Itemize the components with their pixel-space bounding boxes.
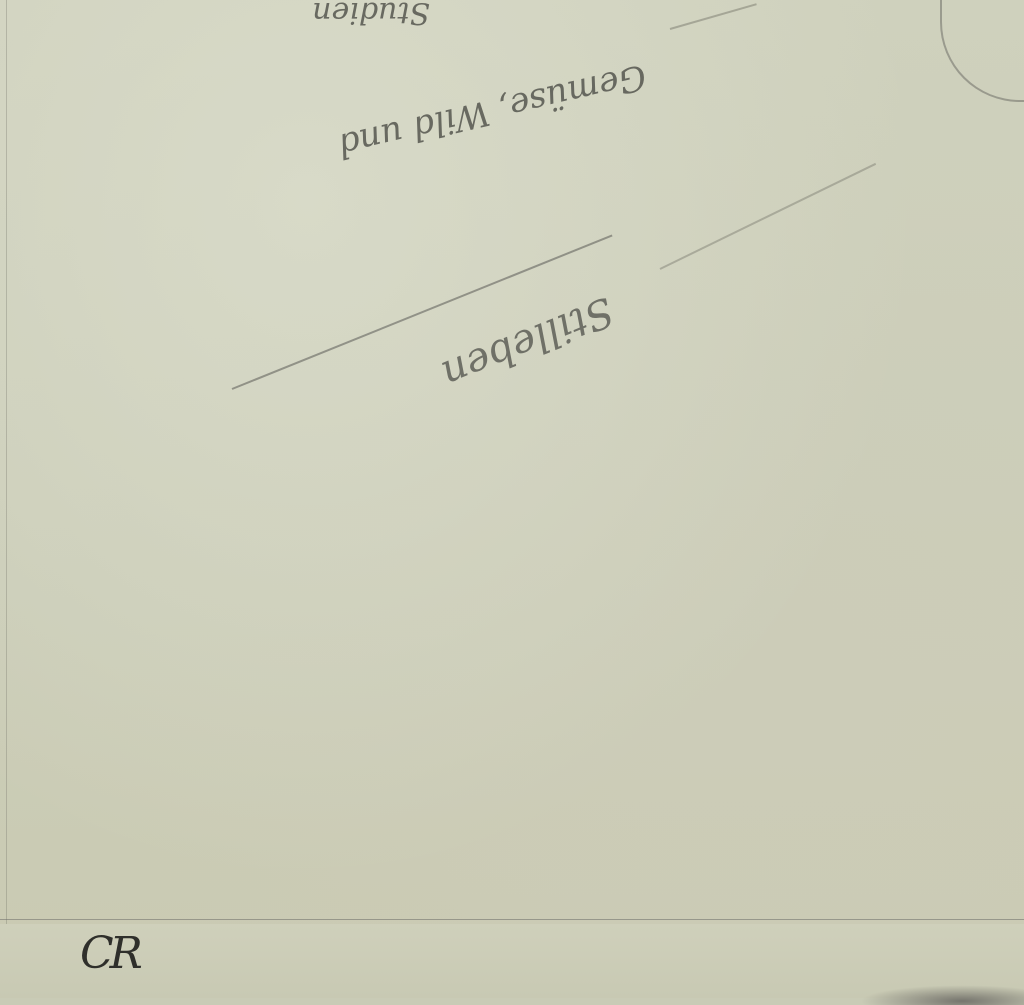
paper-sheet [0, 0, 1024, 998]
handwritten-note-top: Studien [312, 0, 430, 30]
artist-initials: CR [80, 928, 139, 979]
ink-smudge [860, 985, 1024, 998]
paper-left-edge [6, 0, 7, 998]
